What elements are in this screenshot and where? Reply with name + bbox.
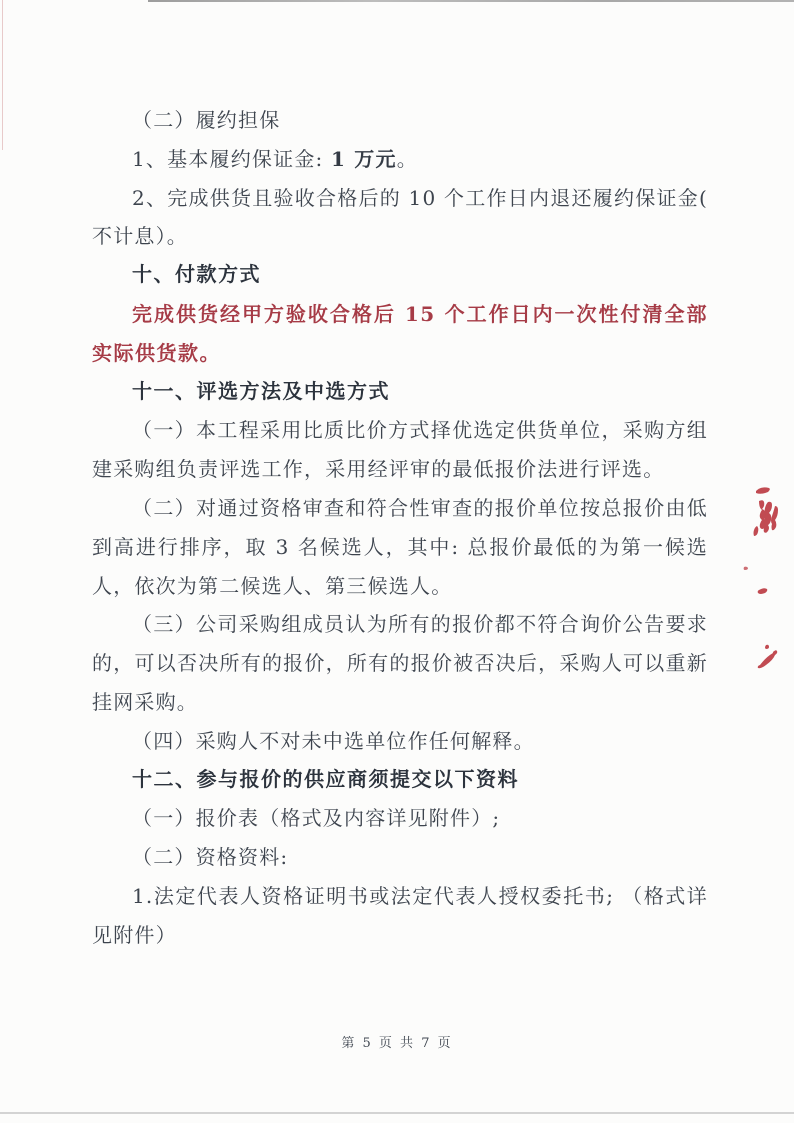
payment-body-red-text: 完成供货经甲方验收合格后 15 个工作日内一次性付清全部实际供货款。 — [92, 295, 708, 373]
materials-heading: 十二、参与报价的供应商须提交以下资料 — [92, 761, 708, 800]
selection-item-4: （四）采购人不对未中选单位作任何解释。 — [92, 722, 708, 761]
selection-heading: 十一、评选方法及中选方式 — [92, 373, 708, 412]
guarantee-heading: （二）履约担保 — [92, 101, 708, 140]
guarantee-item-1-text: 1、基本履约保证金: — [132, 147, 331, 171]
payment-heading: 十、付款方式 — [92, 256, 708, 295]
scan-artifact-bottom-line — [0, 1112, 794, 1114]
guarantee-item-1: 1、基本履约保证金: 1 万元。 — [92, 140, 708, 179]
materials-item-1: （一）报价表（格式及内容详见附件）; — [92, 799, 708, 838]
red-seal-fragment-icon — [740, 460, 794, 680]
page-number-footer: 第 5 页 共 7 页 — [0, 1032, 794, 1051]
selection-item-3: （三）公司采购组成员认为所有的报价都不符合询价公告要求的，可以否决所有的报价，所… — [92, 605, 708, 721]
guarantee-amount: 1 万元 — [331, 147, 397, 171]
scan-artifact-left-line — [2, 0, 3, 150]
document-body: （二）履约担保 1、基本履约保证金: 1 万元。 2、完成供货且验收合格后的 1… — [92, 0, 708, 955]
materials-item-2: （二）资格资料: — [92, 838, 708, 877]
guarantee-item-1-period: 。 — [397, 147, 418, 171]
materials-sub-item-1: 1.法定代表人资格证明书或法定代表人授权委托书; （格式详见附件） — [92, 877, 708, 955]
guarantee-item-2: 2、完成供货且验收合格后的 10 个工作日内退还履约保证金( 不计息）。 — [92, 179, 708, 257]
selection-item-1: （一）本工程采用比质比价方式择优选定供货单位，采购方组建采购组负责评选工作，采用… — [92, 411, 708, 489]
document-page: （二）履约担保 1、基本履约保证金: 1 万元。 2、完成供货且验收合格后的 1… — [0, 0, 794, 1123]
selection-item-2: （二）对通过资格审查和符合性审查的报价单位按总报价由低到高进行排序，取 3 名候… — [92, 489, 708, 605]
